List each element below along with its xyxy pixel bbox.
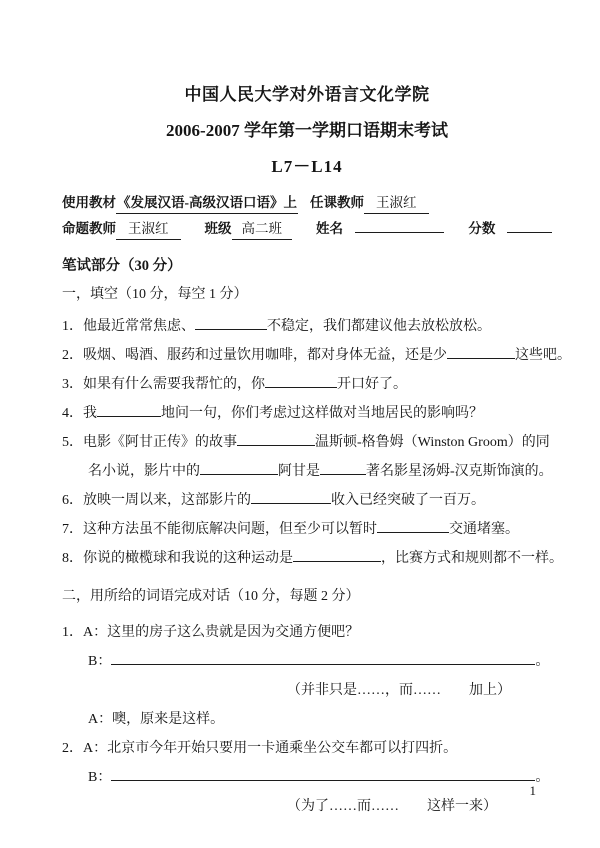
class-label: 班级 (205, 219, 232, 239)
question-line-2: 2．吸烟、喝酒、服药和过量饮用咖啡，都对身体无益，还是少这些吧。 (62, 341, 552, 370)
student-name-label: 姓名 (316, 219, 343, 239)
question-text: 6．放映一周以来，这部影片的 (62, 493, 251, 508)
school-title: 中国人民大学对外语言文化学院 (62, 84, 552, 106)
lesson-range: L7－L14 (62, 156, 552, 178)
written-part-title: 笔试部分（30 分） (62, 256, 552, 276)
fill-blank (237, 432, 315, 446)
question-text: 开口好了。 (337, 377, 407, 392)
question-text: 著名影星汤姆-汉克斯饰演的。 (366, 464, 553, 479)
question-line-6: 6．放映一周以来，这部影片的收入已经突破了一百万。 (62, 486, 552, 515)
fill-blank (97, 403, 161, 417)
question-text: 4．我 (62, 406, 97, 421)
question-text: 8．你说的橄榄球和我说的这种运动是 (62, 551, 293, 566)
dialog-1-a-line: 1．A：这里的房子这么贵就是因为交通方便吧？ (62, 618, 552, 647)
question-setter-label: 命题教师 (62, 219, 116, 239)
question-text: 5．电影《阿甘正传》的故事 (62, 435, 237, 450)
exam-session-title: 2006-2007 学年第一学期口语期末考试 (62, 120, 552, 142)
question-line-3: 3．如果有什么需要我帮忙的，你开口好了。 (62, 370, 552, 399)
fill-blank (377, 519, 449, 533)
fill-blank (265, 374, 337, 388)
dialog-1-a2-line: A：噢，原来是这样。 (88, 705, 552, 734)
question-text: ，比赛方式和规则都不一样。 (381, 551, 563, 566)
score-blank (507, 219, 552, 233)
question-line-5a: 5．电影《阿甘正传》的故事温斯顿-格鲁姆（Winston Groom）的同 (62, 428, 552, 457)
dialog-section-title: 二，用所给的词语完成对话（10 分，每题 2 分） (62, 582, 552, 611)
speaker-label: B： (88, 654, 111, 669)
assigned-teacher-label: 任课教师 (310, 193, 364, 213)
answer-blank (111, 651, 535, 665)
fill-blank-section-title: 一，填空（10 分，每空 1 分） (62, 285, 552, 305)
textbook-label: 使用教材 (62, 193, 116, 213)
sentence-period: 。 (535, 654, 549, 669)
fill-blank (447, 345, 515, 359)
info-row-1: 使用教材 《发展汉语-高级汉语口语》上 任课教师 王淑红 (62, 193, 552, 214)
question-line-4: 4．我地问一句，你们考虑过这样做对当地居民的影响吗？ (62, 399, 552, 428)
fill-blank (200, 461, 278, 475)
question-text: 这些吧。 (515, 348, 571, 363)
question-text: 7．这种方法虽不能彻底解决问题，但至少可以暂时 (62, 522, 377, 537)
question-text: 名小说，影片中的 (88, 464, 200, 479)
question-text: 地问一句，你们考虑过这样做对当地居民的影响吗？ (161, 406, 483, 421)
exam-page: 中国人民大学对外语言文化学院 2006-2007 学年第一学期口语期末考试 L7… (0, 0, 600, 848)
fill-blank-questions: 1．他最近常常焦虑、不稳定，我们都建议他去放松放松。 2．吸烟、喝酒、服药和过量… (62, 312, 552, 573)
dialog-2-a-line: 2．A：北京市今年开始只要用一卡通乘坐公交车都可以打四折。 (62, 734, 552, 763)
question-text: 交通堵塞。 (449, 522, 519, 537)
fill-blank (251, 490, 331, 504)
sentence-period: 。 (535, 770, 549, 785)
speaker-label: B： (88, 770, 111, 785)
dialog-1-usage-hint: （并非只是……，而…… 加上） (287, 676, 552, 705)
page-number: 1 (530, 783, 537, 799)
fill-blank (195, 316, 267, 330)
dialog-2-usage-hint: （为了……而…… 这样一来） (287, 792, 552, 821)
question-text: 收入已经突破了一百万。 (331, 493, 485, 508)
textbook-value: 《发展汉语-高级汉语口语》上 (116, 193, 298, 214)
info-row-2: 命题教师 王淑红 班级 高二班 姓名 分数 (62, 219, 552, 240)
fill-blank (293, 548, 381, 562)
question-text: 2．吸烟、喝酒、服药和过量饮用咖啡，都对身体无益，还是少 (62, 348, 447, 363)
question-text: 阿甘是 (278, 464, 320, 479)
assigned-teacher-value: 王淑红 (364, 193, 429, 214)
question-line-8: 8．你说的橄榄球和我说的这种运动是，比赛方式和规则都不一样。 (62, 544, 552, 573)
question-text: 温斯顿-格鲁姆（Winston Groom）的同 (315, 435, 550, 450)
question-line-1: 1．他最近常常焦虑、不稳定，我们都建议他去放松放松。 (62, 312, 552, 341)
dialog-1-b-line: B：。 (88, 647, 552, 676)
exam-info-block: 使用教材 《发展汉语-高级汉语口语》上 任课教师 王淑红 命题教师 王淑红 班级… (62, 193, 552, 240)
fill-blank (320, 461, 366, 475)
class-value: 高二班 (232, 219, 293, 240)
question-text: 3．如果有什么需要我帮忙的，你 (62, 377, 265, 392)
dialog-2-b-line: B：。 (88, 763, 552, 792)
question-text: 1．他最近常常焦虑、 (62, 319, 195, 334)
question-line-7: 7．这种方法虽不能彻底解决问题，但至少可以暂时交通堵塞。 (62, 515, 552, 544)
question-setter-value: 王淑红 (116, 219, 181, 240)
answer-blank (111, 767, 535, 781)
score-label: 分数 (468, 219, 495, 239)
question-text: 不稳定，我们都建议他去放松放松。 (267, 319, 491, 334)
question-line-5b: 名小说，影片中的阿甘是著名影星汤姆-汉克斯饰演的。 (88, 457, 552, 486)
dialog-section: 二，用所给的词语完成对话（10 分，每题 2 分） 1．A：这里的房子这么贵就是… (62, 582, 552, 821)
student-name-blank (355, 219, 444, 233)
